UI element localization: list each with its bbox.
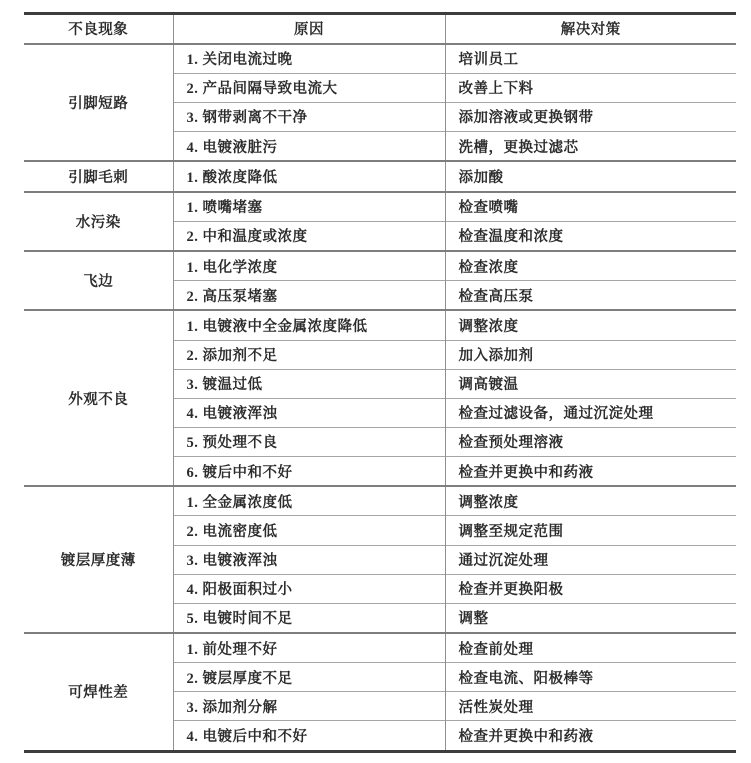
cause-cell: 1. 前处理不好	[173, 633, 445, 663]
solution-cell: 检查温度和浓度	[445, 221, 736, 251]
phenomenon-cell: 镀层厚度薄	[24, 486, 173, 633]
solution-cell: 检查浓度	[445, 251, 736, 281]
cause-cell: 2. 电流密度低	[173, 516, 445, 545]
phenomenon-cell: 飞边	[24, 251, 173, 310]
table-row: 引脚短路1. 关闭电流过晚培训员工	[24, 44, 736, 74]
cause-cell: 5. 电镀时间不足	[173, 603, 445, 633]
cause-cell: 6. 镀后中和不好	[173, 457, 445, 487]
header-cause: 原因	[173, 14, 445, 44]
defect-cause-solution-table: 不良现象 原因 解决对策 引脚短路1. 关闭电流过晚培训员工2. 产品间隔导致电…	[24, 12, 736, 753]
solution-cell: 调整至规定范围	[445, 516, 736, 545]
solution-cell: 检查喷嘴	[445, 192, 736, 222]
solution-cell: 改善上下料	[445, 73, 736, 102]
solution-cell: 调整浓度	[445, 486, 736, 516]
phenomenon-cell: 水污染	[24, 192, 173, 251]
solution-cell: 添加酸	[445, 161, 736, 191]
table-row: 飞边1. 电化学浓度检查浓度	[24, 251, 736, 281]
cause-cell: 1. 关闭电流过晚	[173, 44, 445, 74]
cause-cell: 1. 全金属浓度低	[173, 486, 445, 516]
solution-cell: 检查预处理溶液	[445, 427, 736, 456]
solution-cell: 通过沉淀处理	[445, 545, 736, 574]
cause-cell: 2. 产品间隔导致电流大	[173, 73, 445, 102]
cause-cell: 4. 电镀液脏污	[173, 131, 445, 161]
table-row: 引脚毛刺1. 酸浓度降低添加酸	[24, 161, 736, 191]
solution-cell: 培训员工	[445, 44, 736, 74]
cause-cell: 1. 电镀液中全金属浓度降低	[173, 310, 445, 340]
cause-cell: 1. 喷嘴堵塞	[173, 192, 445, 222]
table-row: 可焊性差1. 前处理不好检查前处理	[24, 633, 736, 663]
solution-cell: 检查高压泵	[445, 281, 736, 311]
phenomenon-cell: 可焊性差	[24, 633, 173, 752]
cause-cell: 4. 电镀液浑浊	[173, 398, 445, 427]
solution-cell: 调整	[445, 603, 736, 633]
cause-cell: 5. 预处理不良	[173, 427, 445, 456]
header-phenomenon: 不良现象	[24, 14, 173, 44]
solution-cell: 调整浓度	[445, 310, 736, 340]
document-page: 不良现象 原因 解决对策 引脚短路1. 关闭电流过晚培训员工2. 产品间隔导致电…	[0, 0, 751, 763]
cause-cell: 3. 镀温过低	[173, 369, 445, 398]
cause-cell: 3. 添加剂分解	[173, 692, 445, 721]
cause-cell: 3. 钢带剥离不干净	[173, 102, 445, 131]
cause-cell: 3. 电镀液浑浊	[173, 545, 445, 574]
cause-cell: 1. 酸浓度降低	[173, 161, 445, 191]
phenomenon-cell: 外观不良	[24, 310, 173, 486]
cause-cell: 2. 高压泵堵塞	[173, 281, 445, 311]
cause-cell: 2. 镀层厚度不足	[173, 663, 445, 692]
solution-cell: 检查并更换中和药液	[445, 721, 736, 752]
solution-cell: 添加溶液或更换钢带	[445, 102, 736, 131]
phenomenon-cell: 引脚毛刺	[24, 161, 173, 191]
table-row: 镀层厚度薄1. 全金属浓度低调整浓度	[24, 486, 736, 516]
solution-cell: 检查电流、阳极棒等	[445, 663, 736, 692]
cause-cell: 1. 电化学浓度	[173, 251, 445, 281]
table-row: 外观不良1. 电镀液中全金属浓度降低调整浓度	[24, 310, 736, 340]
cause-cell: 4. 阳极面积过小	[173, 574, 445, 603]
solution-cell: 洗槽，更换过滤芯	[445, 131, 736, 161]
solution-cell: 活性炭处理	[445, 692, 736, 721]
cause-cell: 4. 电镀后中和不好	[173, 721, 445, 752]
solution-cell: 加入添加剂	[445, 340, 736, 369]
solution-cell: 检查前处理	[445, 633, 736, 663]
solution-cell: 检查过滤设备，通过沉淀处理	[445, 398, 736, 427]
solution-cell: 检查并更换阳极	[445, 574, 736, 603]
cause-cell: 2. 中和温度或浓度	[173, 221, 445, 251]
solution-cell: 调高镀温	[445, 369, 736, 398]
table-row: 水污染1. 喷嘴堵塞检查喷嘴	[24, 192, 736, 222]
header-solution: 解决对策	[445, 14, 736, 44]
solution-cell: 检查并更换中和药液	[445, 457, 736, 487]
phenomenon-cell: 引脚短路	[24, 44, 173, 162]
cause-cell: 2. 添加剂不足	[173, 340, 445, 369]
header-row: 不良现象 原因 解决对策	[24, 14, 736, 44]
